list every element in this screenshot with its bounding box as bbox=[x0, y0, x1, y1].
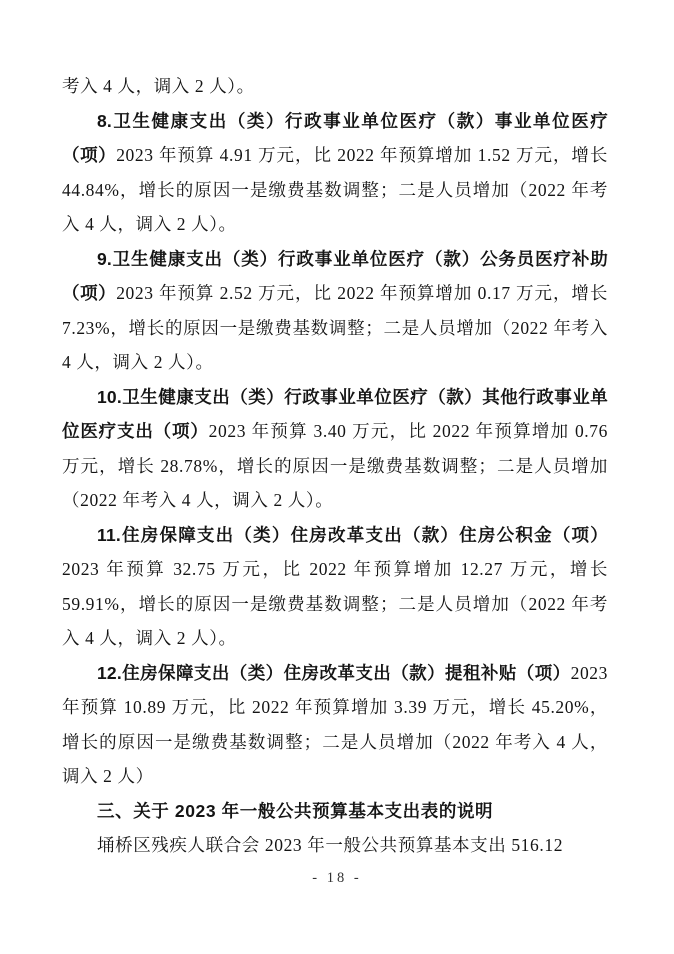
paragraph-continuation: 考入 4 人，调入 2 人）。 bbox=[62, 69, 608, 104]
budget-item-paragraph-11: 11.住房保障支出（类）住房改革支出（款）住房公积金（项）2023 年预算 32… bbox=[62, 518, 608, 656]
page-number: - 18 - bbox=[0, 870, 674, 887]
budget-item-body-8: 2023 年预算 4.91 万元，比 2022 年预算增加 1.52 万元，增长… bbox=[62, 145, 608, 234]
document-content: 考入 4 人，调入 2 人）。 8.卫生健康支出（类）行政事业单位医疗（款）事业… bbox=[62, 69, 608, 863]
section-heading: 三、关于 2023 年一般公共预算基本支出表的说明 bbox=[62, 794, 608, 829]
budget-item-body-9: 2023 年预算 2.52 万元，比 2022 年预算增加 0.17 万元，增长… bbox=[62, 283, 608, 372]
budget-item-heading-12: 12.住房保障支出（类）住房改革支出（款）提租补贴（项） bbox=[97, 663, 571, 683]
budget-item-body-11: 2023 年预算 32.75 万元，比 2022 年预算增加 12.27 万元，… bbox=[62, 559, 608, 648]
closing-line: 埇桥区残疾人联合会 2023 年一般公共预算基本支出 516.12 bbox=[62, 828, 608, 863]
budget-item-paragraph-10: 10.卫生健康支出（类）行政事业单位医疗（款）其他行政事业单位医疗支出（项）20… bbox=[62, 380, 608, 518]
budget-item-paragraph-8: 8.卫生健康支出（类）行政事业单位医疗（款）事业单位医疗（项）2023 年预算 … bbox=[62, 104, 608, 242]
budget-item-paragraph-9: 9.卫生健康支出（类）行政事业单位医疗（款）公务员医疗补助（项）2023 年预算… bbox=[62, 242, 608, 380]
budget-item-paragraph-12: 12.住房保障支出（类）住房改革支出（款）提租补贴（项）2023 年预算 10.… bbox=[62, 656, 608, 794]
budget-item-heading-11: 11.住房保障支出（类）住房改革支出（款）住房公积金（项） bbox=[97, 525, 608, 545]
document-page: 考入 4 人，调入 2 人）。 8.卫生健康支出（类）行政事业单位医疗（款）事业… bbox=[0, 0, 674, 954]
